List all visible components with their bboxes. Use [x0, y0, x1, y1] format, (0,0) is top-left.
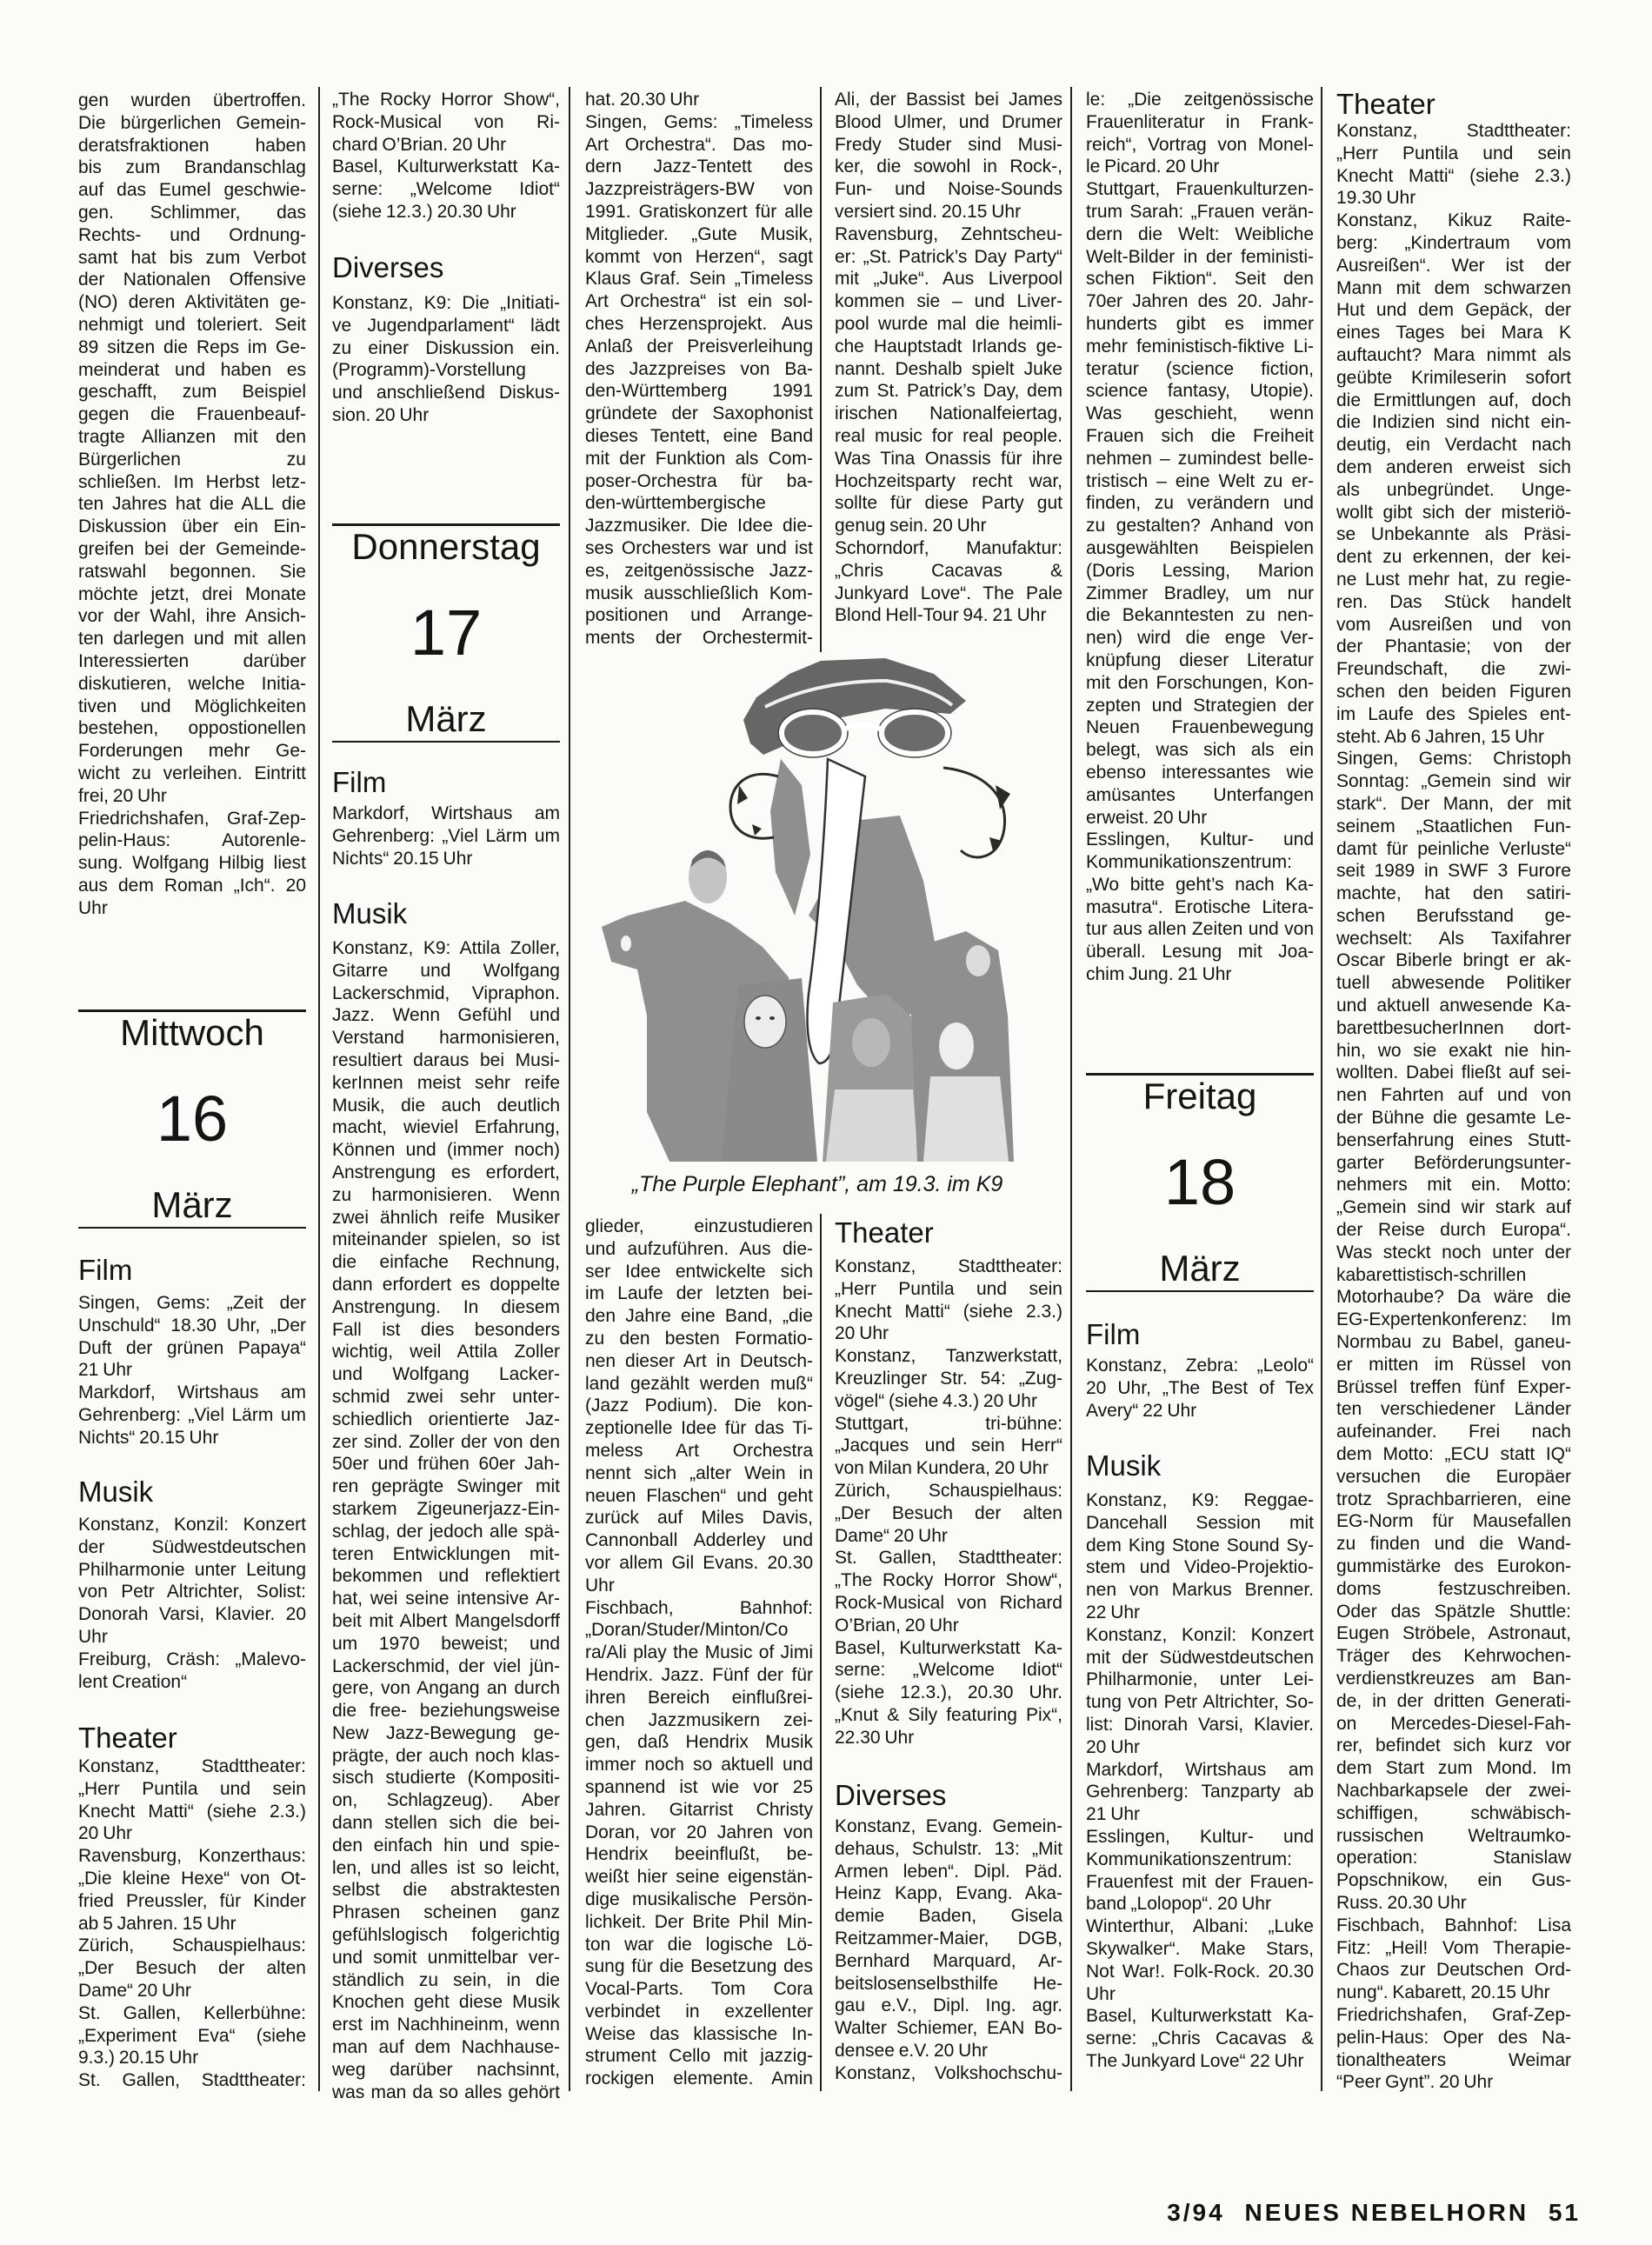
text-line: Fall ist dies besonders — [332, 1319, 560, 1342]
text-line: doms festzuschreiben. — [1336, 1578, 1571, 1601]
text-line: densee e.V. 20 Uhr — [835, 2040, 1062, 2062]
listing-entry: Ali, der Bassist bei JamesBlood Ulmer, u… — [835, 89, 1062, 223]
text-line: „Chris Cacavas & — [835, 560, 1062, 583]
text-line: fried Preussler, für Kinder — [78, 1890, 306, 1913]
text-line: zu harmonisieren. Wenn — [332, 1184, 560, 1207]
text-line: (Programm)-Vorstellung — [332, 359, 560, 382]
text-line: die free- beziehungsweise — [332, 1700, 560, 1722]
text-line: mehr feministisch-fiktive Li- — [1086, 336, 1314, 358]
text-line: „Doran/Studer/Minton/Co — [585, 1619, 813, 1642]
text-line: Musik, die auch deutlich — [332, 1095, 560, 1117]
text-line: Cannonball Adderley und — [585, 1529, 813, 1552]
text-line: Konstanz, K9: Reggae- — [1086, 1489, 1314, 1512]
text-line: Blood Ulmer, und Drumer — [835, 111, 1062, 134]
text-line: Blond Hell-Tour 94. 21 Uhr — [835, 604, 1062, 627]
text-line: kabarettistisch-schrillen — [1336, 1264, 1571, 1287]
text-line: trotz Sprachbarrieren, eine — [1336, 1489, 1571, 1511]
listing-entry: Singen, Gems: ChristophSonntag: „Gemein … — [1336, 748, 1571, 1914]
text-line: Freiburg, Cräsh: „Malevo- — [78, 1649, 306, 1671]
text-line: der Phantasie; von der — [1336, 636, 1571, 658]
text-line: dige musikalische Persön- — [585, 1889, 813, 1911]
text-line: schlag, der jedoch alle spä- — [332, 1521, 560, 1543]
text-line: Mitglieder. „Gute Musik, — [585, 223, 813, 246]
text-line: stem und Video-Projektio- — [1086, 1556, 1314, 1579]
text-line: Kommunikationszentrum: — [1086, 851, 1314, 874]
text-line: Hendrix beeinflußt, be- — [585, 1843, 813, 1866]
text-line: Russ. 20.30 Uhr — [1336, 1892, 1571, 1915]
listing-entry: Basel, Kulturwerkstatt Ka-serne: „Welcom… — [332, 156, 560, 223]
text-line: 20 Uhr — [835, 1322, 1062, 1345]
column-divider — [1321, 87, 1322, 2091]
text-line: ten verschiedener Länder — [1336, 1398, 1571, 1421]
column-4: Ali, der Bassist bei JamesBlood Ulmer, u… — [835, 0, 1062, 2245]
listing-entry: Winterthur, Albani: „LukeSkywalker“. Mak… — [1086, 1915, 1314, 2005]
text-line: weißt hier seine eigenstän- — [585, 1866, 813, 1889]
text-line: list: Dinorah Varsi, Klavier. — [1086, 1714, 1314, 1736]
text-line: die Indizien sind nicht ein- — [1336, 411, 1571, 434]
text-line: auftaucht? Mara nimmt als — [1336, 344, 1571, 367]
text-line: gen, daß Hendrix Musik — [585, 1731, 813, 1754]
text-line: verbindet in exzellenter — [585, 2001, 813, 2023]
text-line: Hut und dem Gepäck, der — [1336, 299, 1571, 322]
listing-entry: Ravensburg, Zehntscheu-er: „St. Patrick’… — [835, 223, 1062, 537]
text-line: Konstanz, Stadttheater: — [1336, 120, 1571, 143]
text-line: glieder, einzustudieren — [585, 1216, 813, 1238]
text-line: samt hat bis zum Verbot — [78, 247, 306, 270]
text-line: Markdorf, Wirtshaus am — [78, 1382, 306, 1404]
listing-entry: Esslingen, Kultur- undKommunikationszent… — [1086, 829, 1314, 986]
text-line: rockigen elemente. Amin — [585, 2068, 813, 2090]
text-line: Duft der grünen Papaya“ — [78, 1337, 306, 1360]
text-line: ständlich zu sein, in die — [332, 1969, 560, 1992]
text-line: von Milan Kundera, 20 Uhr — [835, 1457, 1062, 1480]
text-line: Dame“ 20 Uhr — [78, 1980, 306, 2002]
text-line: le Picard. 20 Uhr — [1086, 156, 1314, 178]
text-line: ratswahl begonnen. Sie — [78, 561, 306, 583]
text-line: Fitz: „Heil! Vom Therapie- — [1336, 1937, 1571, 1960]
text-line: (Doris Lessing, Marion — [1086, 560, 1314, 583]
text-line: vor der Wahl, ihre Ansich- — [78, 605, 306, 628]
text-line: Jazzmusiker. Die Idee die- — [585, 515, 813, 537]
listing-entry: Ravensburg, Konzerthaus:„Die kleine Hexe… — [78, 1845, 306, 1935]
listing-entry: Konstanz, Tanzwerkstatt,Kreuzlinger Str.… — [835, 1345, 1062, 1412]
text-line: Markdorf, Wirtshaus am — [332, 803, 560, 825]
text-line: seit 1989 in SWF 3 Furore — [1336, 860, 1571, 883]
text-line: starkem Zigeunerjazz-Ein- — [332, 1498, 560, 1521]
text-line: Friedrichshafen, Graf-Zep- — [1336, 2004, 1571, 2027]
text-line: russischen Weltraumko- — [1336, 1825, 1571, 1848]
text-line: tur aus allen Zeiten und von — [1086, 918, 1314, 941]
text-line: Philharmonie, unter Lei- — [1086, 1669, 1314, 1691]
text-line: 22.30 Uhr — [835, 1727, 1062, 1749]
text-line: Jazz. Wenn Gefühl und — [332, 1004, 560, 1027]
section-heading: Film — [1086, 1318, 1314, 1351]
text-line: diskutieren, welche Initia- — [78, 673, 306, 696]
text-line: gegen die Frauenbeauf- — [78, 403, 306, 426]
text-line: (NO) deren Aktivitäten ge- — [78, 291, 306, 314]
text-line: beitslosenselbsthilfe He- — [835, 1973, 1062, 1995]
month: März — [78, 1184, 306, 1226]
text-line: zu gestalten? Anhand von — [1086, 515, 1314, 537]
text-line: Nichts“ 20.15 Uhr — [78, 1427, 306, 1449]
text-line: die einfache Rechnung, — [332, 1251, 560, 1274]
text-line: dann stellen sich die bei- — [332, 1812, 560, 1835]
listing-block: Konstanz, K9: Reggae-Dancehall Session m… — [1086, 1489, 1314, 2073]
text-line: vom Ausreißen und von — [1336, 614, 1571, 636]
text-line: Bernhard Marquard, Ar- — [835, 1950, 1062, 1973]
listing-entry: Markdorf, Wirtshaus amGehrenberg: „Viel … — [78, 1382, 306, 1449]
listing-entry: Markdorf, Wirtshaus amGehrenberg: Tanzpa… — [1086, 1759, 1314, 1826]
listing-block: „The Rocky Horror Show“,Rock-Musical von… — [332, 89, 560, 223]
listing-entry: le: „Die zeitgenössischeFrauenliteratur … — [1086, 89, 1314, 178]
text-line: neuen Flaschen“ und geht — [585, 1485, 813, 1508]
text-line: gen. Schlimmer, das — [78, 202, 306, 224]
text-line: Konstanz, Konzil: Konzert — [1086, 1624, 1314, 1647]
text-line: Knecht Matti“ (siehe 2.3.) — [835, 1301, 1062, 1323]
listing-entry: Singen, Gems: „TimelessArt Orchestra“. D… — [585, 111, 813, 650]
weekday: Donnerstag — [332, 526, 560, 568]
text-line: rer, befindet sich kurz vor — [1336, 1735, 1571, 1757]
text-line: im Laufe der letzten bei- — [585, 1282, 813, 1305]
text-line: den Jahre eine Band, „die — [585, 1305, 813, 1328]
text-line: EG-Expertenkonferenz: Im — [1336, 1309, 1571, 1331]
text-line: Walter Schiemer, EAN Bo- — [835, 2017, 1062, 2040]
text-line: The Junkyard Love“ 22 Uhr — [1086, 2050, 1314, 2073]
section-heading: Musik — [78, 1476, 306, 1509]
text-line: kerInnen meist sehr reife — [332, 1072, 560, 1095]
listing-block: gen wurden übertroffen.Die bürgerlichen … — [78, 90, 306, 919]
text-line: Schorndorf, Manufaktur: — [835, 537, 1062, 560]
text-line: deutig, ein Verdacht nach — [1336, 434, 1571, 456]
text-line: kommt von Herzen“, sagt — [585, 246, 813, 269]
listing-block: Ali, der Bassist bei JamesBlood Ulmer, u… — [835, 89, 1062, 627]
text-line: Freundschaft, die zwi- — [1336, 658, 1571, 681]
text-line: Lackerschmid, der viel jün- — [332, 1655, 560, 1678]
text-line: versuchen die Europäer — [1336, 1466, 1571, 1489]
text-line: Basel, Kulturwerkstatt Ka- — [835, 1637, 1062, 1660]
text-line: Uhr — [1086, 1983, 1314, 2006]
text-line: gen wurden übertroffen. — [78, 90, 306, 112]
text-line: vor allem Gil Evans. 20.30 — [585, 1552, 813, 1575]
text-line: zu einer Diskussion ein. — [332, 337, 560, 360]
listing-block: Konstanz, Stadttheater:„Herr Puntila und… — [78, 1755, 306, 2092]
listing-entry: Singen, Gems: „Zeit derUnschuld“ 18.30 U… — [78, 1292, 306, 1382]
text-line: „Wo bitte geht’s nach Ka- — [1086, 874, 1314, 896]
listing-block: hat. 20.30 UhrSingen, Gems: „TimelessArt… — [585, 89, 813, 650]
text-line: sung. Wolfgang Hilbig liest — [78, 852, 306, 875]
text-line: che Hauptstadt Irlands ge- — [835, 336, 1062, 358]
text-line: Brüssel treffen fünf Exper- — [1336, 1376, 1571, 1399]
text-line: dem Motto: „ECU statt IQ“ — [1336, 1443, 1571, 1466]
text-line: Welt-Bilder in der feministi- — [1086, 246, 1314, 269]
text-line: Anstrengung es erfordert, — [332, 1162, 560, 1184]
text-line: mit der Funktion als Com- — [585, 448, 813, 470]
text-line: Konstanz, Kikuz Raite- — [1336, 210, 1571, 232]
text-line: prägte, der auch noch klas- — [332, 1745, 560, 1768]
text-line: positionen und Arrange- — [585, 604, 813, 627]
text-line: Art Orchestra“ ist ein sol- — [585, 290, 813, 313]
listing-entry: Konstanz, Konzil: Konzertmit der Südwest… — [1086, 1624, 1314, 1759]
text-line: 20 Uhr — [1086, 1736, 1314, 1759]
text-line: on, Schlagzeug). Aber — [332, 1789, 560, 1812]
text-line: Stuttgart, tri-bühne: — [835, 1413, 1062, 1436]
text-line: Reitzammer-Maier, DGB, — [835, 1928, 1062, 1950]
text-line: St. Gallen, Kellerbühne: — [78, 2002, 306, 2025]
text-line: Dame“ 20 Uhr — [835, 1525, 1062, 1548]
listing-block: glieder, einzustudierenund aufzuführen. … — [585, 1216, 813, 2090]
text-line: Ravensburg, Konzerthaus: — [78, 1845, 306, 1868]
listing-entry: Esslingen, Kultur- undKommunikationszent… — [1086, 1826, 1314, 1915]
text-line: auf das Eumel geschwie- — [78, 179, 306, 202]
text-line: meinderat und haben es — [78, 359, 306, 382]
text-line: geschafft, zum Beispiel — [78, 381, 306, 403]
text-line: Hendrix. Jazz. Fünf der für — [585, 1664, 813, 1687]
text-line: wechselt: Als Taxifahrer — [1336, 928, 1571, 950]
text-line: dem anderen erweist sich — [1336, 456, 1571, 479]
text-line: erweist. 20 Uhr — [1086, 807, 1314, 829]
newspaper-page: „The Purple Elephant”, am 19.3. im K9 3/… — [0, 0, 1652, 2245]
listing-entry: Friedrichshafen, Graf-Zep-pelin-Haus: Op… — [1336, 2004, 1571, 2094]
text-line: Interessierten darüber — [78, 650, 306, 673]
text-line: Singen, Gems: Christoph — [1336, 748, 1571, 770]
text-line: hat, wei seine intensive Ar- — [332, 1588, 560, 1610]
text-line: dehaus, Schulstr. 13: „Mit — [835, 1838, 1062, 1861]
text-line: len, und alles ist so leicht, — [332, 1857, 560, 1880]
text-line: 21 Uhr — [78, 1359, 306, 1382]
text-line: Fischbach, Bahnhof: — [585, 1597, 813, 1620]
text-line: man auf dem Nachhause- — [332, 2036, 560, 2059]
text-line: dann erfordert es doppelte — [332, 1274, 560, 1296]
text-line: damt für peinliche Verluste“ — [1336, 838, 1571, 861]
text-line: Basel, Kulturwerkstatt Ka- — [332, 156, 560, 178]
section-heading: Film — [78, 1254, 306, 1287]
text-line: Konstanz, K9: Attila Zoller, — [332, 937, 560, 960]
text-line: schiedlich orientierte Jaz- — [332, 1409, 560, 1431]
day-number: 16 — [78, 1084, 306, 1154]
text-line: Junkyard Love“. The Pale — [835, 583, 1062, 605]
text-line: versiert sind. 20.15 Uhr — [835, 201, 1062, 223]
text-line: chard O’Brian. 20 Uhr — [332, 134, 560, 157]
listing-entry: Basel, Kulturwerkstatt Ka-serne: „Welcom… — [835, 1637, 1062, 1749]
text-line: er mitten im Rüssel von — [1336, 1354, 1571, 1376]
text-line: sung für die Besetzung des — [585, 1955, 813, 1978]
text-line: berg: „Kindertraum vom — [1336, 232, 1571, 255]
text-line: zum St. Patrick’s Day, dem — [835, 380, 1062, 403]
section-heading: Theater — [1336, 88, 1571, 121]
text-line: vögel“ (siehe 4.3.) 20 Uhr — [835, 1390, 1062, 1413]
text-line: Konstanz, Volkshochschu- — [835, 2062, 1062, 2085]
text-line: teren Entwicklungen mit- — [332, 1543, 560, 1566]
text-line: hin, wo sie exakt nie hin- — [1336, 1040, 1571, 1063]
text-line: serne: „Welcome Idiot“ — [835, 1659, 1062, 1682]
text-line: Oder das Spätzle Shuttle: — [1336, 1601, 1571, 1623]
listing-entry: Schorndorf, Manufaktur:„Chris Cacavas &J… — [835, 537, 1062, 627]
text-line: sisch studierte (Kompositi- — [332, 1767, 560, 1789]
listing-entry: Konstanz, K9: Attila Zoller,Gitarre und … — [332, 937, 560, 2103]
text-line: Phrasen scheinen ganz — [332, 1902, 560, 1924]
text-line: ses Orchesters war und ist — [585, 537, 813, 560]
text-line: Heinz Kapp, Evang. Aka- — [835, 1882, 1062, 1905]
text-line: möchte jetzt, drei Monate — [78, 583, 306, 606]
day-header: Donnerstag17März — [332, 523, 560, 743]
text-line: Esslingen, Kultur- und — [1086, 1826, 1314, 1849]
listing-entry: Konstanz, K9: Die „Initiati-ve Jugendpar… — [332, 292, 560, 427]
text-line: land gezählt werden muß“ — [585, 1373, 813, 1396]
text-line: Oscar Biberle bringt er ak- — [1336, 949, 1571, 972]
text-line: weg darüber nachsinnt, — [332, 2059, 560, 2082]
text-line: teratur (science fiction, — [1086, 358, 1314, 381]
text-line: Not War!. Folk-Rock. 20.30 — [1086, 1961, 1314, 1983]
listing-block: Konstanz, Konzil: Konzertder Südwestdeut… — [78, 1514, 306, 1693]
text-line: ten Jahres hat die ALL die — [78, 493, 306, 516]
text-line: dern Jazz-Tentett des — [585, 156, 813, 178]
text-line: „Herr Puntila und sein — [835, 1278, 1062, 1301]
text-line: Ausreißen“. Wer ist der — [1336, 255, 1571, 277]
text-line: wollt gibt sich der misteriö- — [1336, 502, 1571, 524]
listing-entry: Konstanz, Volkshochschu- — [835, 2062, 1062, 2085]
text-line: ser Idee entwickelte sich — [585, 1261, 813, 1283]
column-3: hat. 20.30 UhrSingen, Gems: „TimelessArt… — [585, 0, 813, 2245]
text-line: „Herr Puntila und sein — [1336, 143, 1571, 165]
text-line: steht. Ab 6 Jahren, 15 Uhr — [1336, 726, 1571, 749]
text-line: serne: „Chris Cacavas & — [1086, 2028, 1314, 2050]
text-line: Singen, Gems: „Zeit der — [78, 1292, 306, 1315]
text-line: ausgewählten Beispielen — [1086, 537, 1314, 560]
text-line: greifen bei der Gemeinde- — [78, 538, 306, 561]
text-line: Frauenliteratur in Frank- — [1086, 111, 1314, 134]
text-line: den einfach hin und spie- — [332, 1835, 560, 1857]
text-line: überall. Lesung mit Joa- — [1086, 941, 1314, 963]
text-line: Konstanz, Konzil: Konzert — [78, 1514, 306, 1536]
text-line: Philharmonie unter Leitung — [78, 1559, 306, 1582]
text-line: 9.3.) 20.15 Uhr — [78, 2047, 306, 2069]
text-line: schen den beiden Figuren — [1336, 681, 1571, 703]
text-line: „Jacques und sein Herr“ — [835, 1435, 1062, 1457]
listing-block: Konstanz, K9: Attila Zoller,Gitarre und … — [332, 937, 560, 2103]
text-line: bis zum Brandanschlag — [78, 157, 306, 179]
text-line: kommen sie – und Liver- — [835, 290, 1062, 313]
text-line: Ali, der Bassist bei James — [835, 89, 1062, 111]
day-header: Mittwoch16März — [78, 1009, 306, 1229]
text-line: (Jazz Podium). Die kon- — [585, 1395, 813, 1417]
text-line: „Der Besuch der alten — [78, 1957, 306, 1980]
text-line: Zimmer Bradley, um nur — [1086, 583, 1314, 605]
text-line: benserfahrung eines Stutt- — [1336, 1129, 1571, 1152]
column-5: le: „Die zeitgenössischeFrauenliteratur … — [1086, 0, 1314, 2245]
text-line: ren geprägte Swinger mit — [332, 1476, 560, 1498]
text-line: Neuen Frauenbewegung — [1086, 716, 1314, 739]
text-line: meless Art Orchestra — [585, 1440, 813, 1462]
text-line: tung von Petr Altrichter, So- — [1086, 1691, 1314, 1714]
text-line: miteinander spielen, so ist — [332, 1229, 560, 1251]
text-line: seinem „Staatlichen Fun- — [1336, 816, 1571, 838]
column-divider — [820, 1214, 822, 2091]
month: März — [332, 698, 560, 740]
text-line: Weise das klassische In- — [585, 2023, 813, 2046]
text-line: demie Baden, Gisela — [835, 1905, 1062, 1928]
listing-entry: Zürich, Schauspielhaus:„Der Besuch der a… — [835, 1480, 1062, 1547]
text-line: Popschnikow, ein Gus- — [1336, 1869, 1571, 1892]
text-line: er: „St. Patrick’s Day Party“ — [835, 246, 1062, 269]
text-line: Konstanz, Stadttheater: — [835, 1256, 1062, 1278]
text-line: lent Creation“ — [78, 1671, 306, 1694]
listing-entry: Fischbach, Bahnhof:„Doran/Studer/Minton/… — [585, 1597, 813, 2091]
text-line: es, zeitgenössische Jazz- — [585, 560, 813, 583]
section-heading: Theater — [835, 1216, 1062, 1249]
weekday: Mittwoch — [78, 1012, 306, 1054]
text-line: frei, 20 Uhr — [78, 785, 306, 808]
column-divider — [318, 87, 320, 2091]
text-line: Konstanz, Tanzwerkstatt, — [835, 1345, 1062, 1368]
text-line: le: „Die zeitgenössische — [1086, 89, 1314, 111]
text-line: Basel, Kulturwerkstatt Ka- — [1086, 2005, 1314, 2028]
text-line: hunderts gibt es immer — [1086, 313, 1314, 336]
text-line: ches Herzensprojekt. Aus — [585, 313, 813, 336]
text-line: immer noch so aktuell und — [585, 1754, 813, 1776]
listing-entry: Fischbach, Bahnhof: LisaFitz: „Heil! Vom… — [1336, 1915, 1571, 2004]
text-line: nen dieser Art in Deutsch- — [585, 1350, 813, 1373]
text-line: mit „Juke“. Aus Liverpool — [835, 268, 1062, 290]
text-line: trum Sarah: „Frauen verän- — [1086, 201, 1314, 223]
text-line: Klaus Graf. Sein „Timeless — [585, 268, 813, 290]
text-line: Was geschieht, wenn — [1086, 403, 1314, 425]
text-line: der Reise durch Europa“. — [1336, 1219, 1571, 1242]
text-line: Knecht Matti“ (siehe 2.3.) — [78, 1801, 306, 1823]
listing-entry: Konstanz, Kikuz Raite-berg: „Kindertraum… — [1336, 210, 1571, 748]
listing-entry: Markdorf, Wirtshaus amGehrenberg: „Viel … — [332, 803, 560, 869]
text-line: von Petr Altrichter, Solist: — [78, 1581, 306, 1603]
text-line: real music for real people. — [835, 425, 1062, 448]
listing-entry: Stuttgart, Frauenkulturzen-trum Sarah: „… — [1086, 178, 1314, 829]
listing-entry: Konstanz, Zebra: „Leolo“20 Uhr, „The Bes… — [1086, 1355, 1314, 1422]
listing-entry: Konstanz, Stadttheater:„Herr Puntila und… — [78, 1755, 306, 1845]
text-line: Anstrengung. In diesem — [332, 1296, 560, 1319]
text-line: 21 Uhr — [1086, 1803, 1314, 1826]
text-line: Doran, vor 20 Jahren von — [585, 1822, 813, 1844]
text-line: Zürich, Schauspielhaus: — [835, 1480, 1062, 1502]
text-line: der Südwestdeutschen — [78, 1536, 306, 1559]
text-line: lichkeit. Der Brite Phil Min- — [585, 1911, 813, 1934]
text-line: schiffigen, schwäbisch- — [1336, 1802, 1571, 1825]
text-line: zer sind. Zoller der von den — [332, 1431, 560, 1454]
text-line: (siehe 12.3.) 20.30 Uhr — [332, 201, 560, 223]
listing-block: Konstanz, Zebra: „Leolo“20 Uhr, „The Bes… — [1086, 1355, 1314, 1422]
text-line: Mann mit dem schwarzen — [1336, 277, 1571, 300]
listing-block: Konstanz, K9: Die „Initiati-ve Jugendpar… — [332, 292, 560, 427]
text-line: Frauen sich die Freiheit — [1086, 425, 1314, 448]
text-line: dent zu erkennen, der kei- — [1336, 546, 1571, 569]
text-line: O’Brian, 20 Uhr — [835, 1615, 1062, 1637]
listing-entry: Zürich, Schauspielhaus:„Der Besuch der a… — [78, 1935, 306, 2002]
text-line: schen Berufsstand ge- — [1336, 905, 1571, 928]
text-line: dern die Welt: Weibliche — [1086, 223, 1314, 246]
text-line: tiven und Möglichkeiten — [78, 696, 306, 718]
text-line: dem King Stone Sound Sy- — [1086, 1535, 1314, 1557]
text-line: Winterthur, Albani: „Luke — [1086, 1915, 1314, 1938]
section-heading: Film — [332, 766, 560, 799]
text-line: sollte für diese Party gut — [835, 492, 1062, 515]
text-line: masutra“. Erotische Litera- — [1086, 896, 1314, 919]
text-line: Normbau zu Babel, ganeu- — [1336, 1331, 1571, 1354]
listing-entry: Konstanz, Evang. Gemein-dehaus, Schulstr… — [835, 1815, 1062, 2062]
text-line: chen Jazzmusikern zei- — [585, 1709, 813, 1732]
text-line: zepten und Strategien der — [1086, 695, 1314, 717]
text-line: Was Tina Onassis für ihre — [835, 448, 1062, 470]
text-line: aufeinander. Frei nach — [1336, 1421, 1571, 1443]
text-line: bestehen, oppostionellen — [78, 717, 306, 740]
text-line: Gehrenberg: „Viel Lärm um — [332, 825, 560, 848]
text-line: dem Start zum Mond. Im — [1336, 1757, 1571, 1780]
